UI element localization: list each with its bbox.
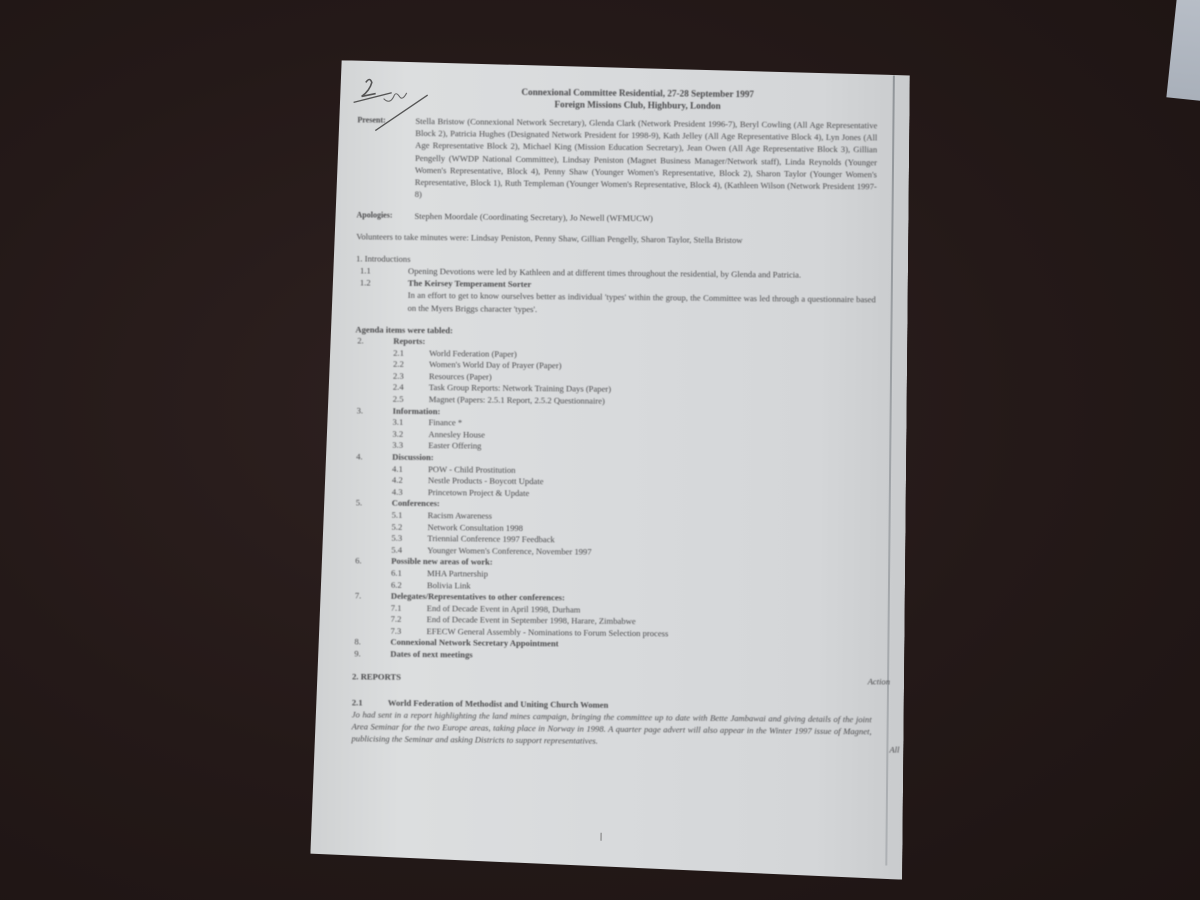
page-mark [601, 833, 602, 841]
agenda-subtext: Finance * [428, 417, 462, 429]
agenda-subtext: Easter Offering [428, 440, 481, 452]
agenda-subnumber: 5.3 [391, 533, 427, 545]
agenda-number: 7. [353, 590, 391, 602]
agenda-list: 2.Reports:2.1World Federation (Paper)2.2… [352, 335, 875, 665]
agenda-number: 4. [354, 451, 392, 463]
agenda-subtext: POW - Child Prostitution [428, 464, 516, 476]
agenda-subtext: Princetown Project & Update [428, 487, 530, 500]
agenda-subtext: Network Consultation 1998 [427, 522, 523, 535]
agenda-subnumber: 7.3 [390, 626, 426, 638]
agenda-subnumber: 3.2 [392, 429, 428, 441]
agenda-subnumber: 5.2 [391, 521, 427, 533]
volunteers-paragraph: Volunteers to take minutes were: Lindsay… [356, 230, 876, 247]
apologies-section: Apologies: Stephen Moordale (Coordinatin… [356, 210, 876, 227]
agenda-title: Information: [393, 405, 441, 417]
apologies-list: Stephen Moordale (Coordinating Secretary… [414, 210, 876, 227]
agenda-subtext: Bolivia Link [427, 580, 471, 592]
agenda-subnumber: 3.1 [392, 417, 428, 429]
agenda-subnumber: 2.4 [393, 382, 429, 394]
agenda-subnumber: 7.2 [391, 614, 427, 626]
reports-list: 2.1World Federation of Methodist and Uni… [351, 696, 871, 750]
background-sheet-corner [1166, 0, 1200, 102]
item-body: In an effort to get to know ourselves be… [408, 289, 876, 318]
present-label: Present: [357, 114, 416, 200]
agenda-subtext: Magnet (Papers: 2.5.1 Report, 2.5.2 Ques… [429, 394, 605, 407]
agenda-title: Possible new areas of work: [391, 556, 493, 569]
agenda-subnumber: 2.3 [393, 371, 429, 383]
item-text: The Keirsey Temperament SorterIn an effo… [408, 277, 876, 318]
reports-heading: 2. REPORTS [352, 670, 401, 683]
report-number: 2.1 [352, 696, 388, 709]
document-body: Connexional Committee Residential, 27-28… [351, 84, 877, 750]
introductions-list: 1.1Opening Devotions were led by Kathlee… [356, 264, 876, 318]
agenda-number: 2. [355, 335, 393, 347]
agenda-subtext: Annesley House [428, 429, 485, 441]
agenda-subtext: MHA Partnership [427, 568, 488, 580]
reports-heading-row: 2. REPORTS Action [352, 670, 872, 687]
report-action-owner: All [889, 744, 899, 756]
item-number: 1.1 [356, 264, 408, 277]
agenda-title: Dates of next meetings [390, 649, 472, 661]
agenda-subnumber: 4.1 [392, 463, 428, 475]
agenda-number: 6. [353, 556, 391, 568]
agenda-subtext: World Federation (Paper) [429, 348, 517, 360]
agenda-title: Discussion: [392, 452, 434, 464]
agenda-subnumber: 4.2 [392, 475, 428, 487]
present-section: Present: Stella Bristow (Connexional Net… [357, 114, 878, 204]
agenda-subnumber: 2.5 [393, 394, 429, 406]
agenda-number: 9. [352, 648, 390, 660]
agenda-subnumber: 6.2 [391, 579, 427, 591]
agenda-title: Conferences: [392, 498, 440, 510]
agenda-subnumber: 5.4 [391, 544, 427, 556]
agenda-subtext: Resources (Paper) [429, 371, 492, 383]
item-number: 1.2 [356, 277, 408, 314]
report-body: Jo had sent in a report highlighting the… [351, 708, 871, 750]
present-list: Stella Bristow (Connexional Network Secr… [415, 115, 878, 205]
agenda-subnumber: 6.1 [391, 568, 427, 580]
agenda-subnumber: 5.1 [392, 510, 428, 522]
agenda-title: Reports: [393, 336, 425, 348]
report-text: Jo had sent in a report highlighting the… [351, 708, 871, 750]
agenda-number: 8. [352, 637, 390, 649]
agenda-subnumber: 3.3 [392, 440, 428, 452]
agenda-subnumber: 7.1 [391, 602, 427, 614]
agenda-number: 3. [355, 405, 393, 417]
apologies-label: Apologies: [356, 210, 414, 223]
document-page: 2. w/24 Connexional Committee Residentia… [310, 60, 910, 880]
agenda-number: 5. [354, 498, 392, 510]
introduction-item: 1.2The Keirsey Temperament SorterIn an e… [356, 277, 876, 319]
agenda-subtext: Racism Awareness [428, 510, 492, 522]
agenda-subnumber: 4.3 [392, 486, 428, 498]
agenda-subnumber: 2.1 [393, 347, 429, 359]
agenda-subnumber: 2.2 [393, 359, 429, 371]
action-column-label: Action [868, 675, 891, 687]
